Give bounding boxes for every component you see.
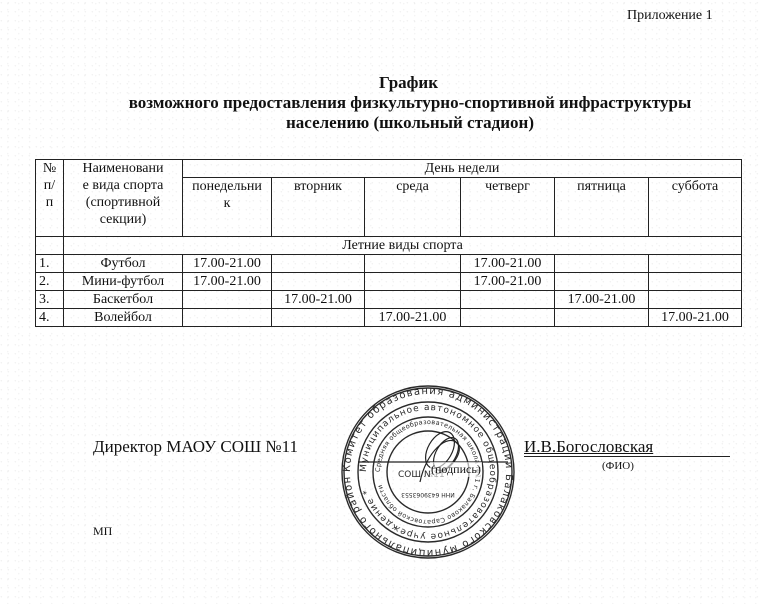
schedule-cell xyxy=(272,309,365,327)
table-row: 3.Баскетбол17.00-21.0017.00-21.00 xyxy=(36,291,742,309)
schedule-cell xyxy=(183,309,272,327)
schedule-cell xyxy=(365,255,461,273)
row-number: 3. xyxy=(36,291,64,309)
director-name-line: И.В.Богословская xyxy=(524,437,730,457)
schedule-cell xyxy=(461,291,555,309)
schedule-cell xyxy=(555,309,649,327)
section-empty-cell xyxy=(36,237,64,255)
row-number: 2. xyxy=(36,273,64,291)
stamp-icon: Комитет образования администрации Балако… xyxy=(338,382,518,562)
header-day-of-week: День недели xyxy=(183,160,742,178)
schedule-cell: 17.00-21.00 xyxy=(183,255,272,273)
fio-label: (ФИО) xyxy=(602,460,634,472)
row-sport-name: Мини-футбол xyxy=(64,273,183,291)
header-day-tuesday: вторник xyxy=(272,178,365,237)
schedule-cell: 17.00-21.00 xyxy=(461,255,555,273)
schedule-cell xyxy=(649,255,742,273)
signature-label: (подпись) xyxy=(430,462,482,477)
title-line-2: возможного предоставления физкультурно-с… xyxy=(0,93,760,113)
schedule-cell: 17.00-21.00 xyxy=(649,309,742,327)
schedule-cell: 17.00-21.00 xyxy=(365,309,461,327)
header-day-saturday: суббота xyxy=(649,178,742,237)
section-title: Летние виды спорта xyxy=(64,237,742,255)
schedule-cell xyxy=(649,273,742,291)
header-day-monday: понедельни к xyxy=(183,178,272,237)
schedule-cell xyxy=(555,255,649,273)
schedule-cell: 17.00-21.00 xyxy=(183,273,272,291)
row-sport-name: Баскетбол xyxy=(64,291,183,309)
schedule-cell xyxy=(555,273,649,291)
director-name: И.В.Богословская xyxy=(524,437,653,456)
director-position: Директор МАОУ СОШ №11 xyxy=(93,437,298,457)
title-line-1: График xyxy=(0,73,760,93)
table-row: 2.Мини-футбол17.00-21.0017.00-21.00 xyxy=(36,273,742,291)
table-row: 1.Футбол17.00-21.0017.00-21.00 xyxy=(36,255,742,273)
table-row: 4.Волейбол17.00-21.0017.00-21.00 xyxy=(36,309,742,327)
header-row: № п/ п Наименовани е вида спорта (спорти… xyxy=(36,160,742,178)
section-row: Летние виды спорта xyxy=(36,237,742,255)
row-sport-name: Волейбол xyxy=(64,309,183,327)
header-number: № п/ п xyxy=(36,160,64,237)
schedule-cell xyxy=(461,309,555,327)
schedule-cell xyxy=(365,273,461,291)
official-stamp: Комитет образования администрации Балако… xyxy=(338,382,518,562)
header-day-friday: пятница xyxy=(555,178,649,237)
schedule-cell: 17.00-21.00 xyxy=(461,273,555,291)
header-day-thursday: четверг xyxy=(461,178,555,237)
schedule-table: № п/ п Наименовани е вида спорта (спорти… xyxy=(35,159,742,327)
schedule-cell xyxy=(365,291,461,309)
schedule-cell xyxy=(272,273,365,291)
schedule-cell xyxy=(649,291,742,309)
schedule-cell xyxy=(183,291,272,309)
document-title: График возможного предоставления физкуль… xyxy=(0,73,760,133)
header-sport-name: Наименовани е вида спорта (спортивной се… xyxy=(64,160,183,237)
header-day-wednesday: среда xyxy=(365,178,461,237)
row-number: 1. xyxy=(36,255,64,273)
svg-text:ИНН 6439063553: ИНН 6439063553 xyxy=(401,491,455,498)
row-number: 4. xyxy=(36,309,64,327)
stamp-place-label: МП xyxy=(93,524,112,539)
appendix-label: Приложение 1 xyxy=(627,8,713,24)
schedule-cell: 17.00-21.00 xyxy=(555,291,649,309)
row-sport-name: Футбол xyxy=(64,255,183,273)
title-line-3: населению (школьный стадион) xyxy=(0,113,760,133)
schedule-cell: 17.00-21.00 xyxy=(272,291,365,309)
schedule-cell xyxy=(272,255,365,273)
